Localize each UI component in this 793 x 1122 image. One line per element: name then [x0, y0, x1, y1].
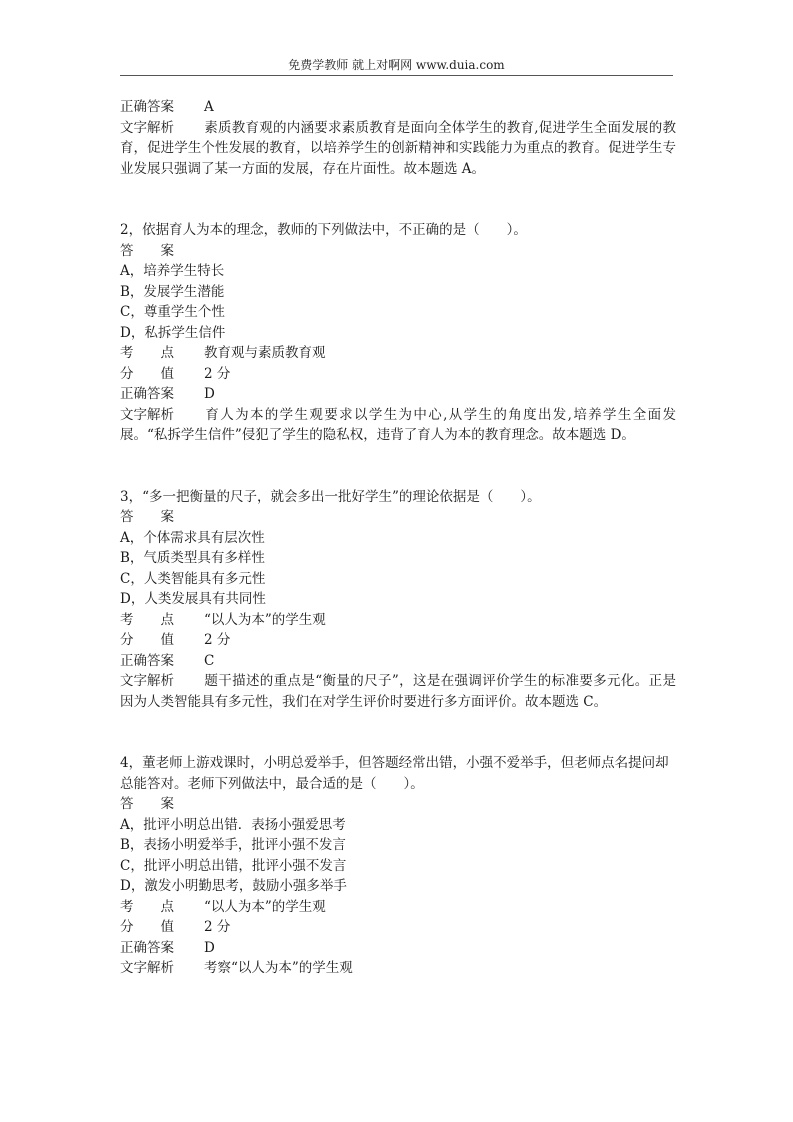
analysis-label: 文字解析: [120, 671, 204, 692]
answer-label: 答 案: [120, 794, 676, 815]
option-b: B，气质类型具有多样性: [120, 548, 676, 569]
analysis-label: 文字解析: [120, 958, 204, 979]
q1-analysis: 文字解析素质教育观的内涵要求素质教育是面向全体学生的教育,促进学生全面发展的教育…: [120, 118, 676, 180]
question-2: 2，依据育人为本的理念，教师的下列做法中，不正确的是（ ）。 答 案 A，培养学…: [120, 220, 676, 446]
option-c: C，尊重学生个性: [120, 302, 676, 323]
topic-row: 考 点教育观与素质教育观: [120, 343, 676, 364]
option-a: A，批评小明总出错．表扬小强爱思考: [120, 815, 676, 836]
score-row: 分 值2 分: [120, 630, 676, 651]
topic-row: 考 点“以人为本”的学生观: [120, 897, 676, 918]
option-c: C，批评小明总出错，批评小强不发言: [120, 856, 676, 877]
option-c: C，人类智能具有多元性: [120, 569, 676, 590]
analysis-text: 考察“以人为本”的学生观: [204, 960, 353, 976]
option-b: B，表扬小明爱举手，批评小强不发言: [120, 835, 676, 856]
option-d: D，人类发展具有共同性: [120, 589, 676, 610]
spacer: [120, 179, 676, 220]
topic-value: 教育观与素质教育观: [204, 345, 326, 361]
analysis-label: 文字解析: [120, 118, 204, 139]
option-a: A，培养学生特长: [120, 261, 676, 282]
correct-row: 正确答案C: [120, 651, 676, 672]
analysis-row: 文字解析育人为本的学生观要求以学生为中心,从学生的角度出发,培养学生全面发展。“…: [120, 405, 676, 446]
topic-row: 考 点“以人为本”的学生观: [120, 610, 676, 631]
score-row: 分 值2 分: [120, 917, 676, 938]
score-row: 分 值2 分: [120, 364, 676, 385]
option-d: D，私拆学生信件: [120, 323, 676, 344]
topic-label: 考 点: [120, 343, 204, 364]
spacer: [120, 446, 676, 487]
analysis-text: 育人为本的学生观要求以学生为中心,从学生的角度出发,培养学生全面发展。“私拆学生…: [120, 407, 676, 444]
score-label: 分 值: [120, 917, 204, 938]
correct-label: 正确答案: [120, 938, 204, 959]
header-rule: [120, 75, 673, 76]
document-body: 正确答案A 文字解析素质教育观的内涵要求素质教育是面向全体学生的教育,促进学生全…: [120, 97, 676, 979]
option-d: D，激发小明勤思考，鼓励小强多举手: [120, 876, 676, 897]
option-b: B，发展学生潜能: [120, 282, 676, 303]
analysis-label: 文字解析: [120, 405, 204, 426]
correct-row: 正确答案D: [120, 384, 676, 405]
correct-value: D: [204, 940, 215, 956]
analysis-text: 素质教育观的内涵要求素质教育是面向全体学生的教育,促进学生全面发展的教育，促进学…: [120, 120, 676, 177]
spacer: [120, 712, 676, 753]
correct-label: 正确答案: [120, 97, 204, 118]
score-value: 2 分: [204, 632, 230, 648]
analysis-row: 文字解析题干描述的重点是“衡量的尺子”，这是在强调评价学生的标准要多元化。正是因…: [120, 671, 676, 712]
question-3: 3，“多一把衡量的尺子，就会多出一批好学生”的理论依据是（ ）。 答 案 A，个…: [120, 487, 676, 713]
q1-correct-row: 正确答案A: [120, 97, 676, 118]
correct-label: 正确答案: [120, 651, 204, 672]
question-title: 2，依据育人为本的理念，教师的下列做法中，不正确的是（ ）。: [120, 220, 676, 241]
question-title: 4，董老师上游戏课时，小明总爱举手，但答题经常出错，小强不爱举手，但老师点名提问…: [120, 753, 676, 794]
correct-value: D: [204, 386, 215, 402]
correct-value: A: [204, 99, 214, 115]
score-value: 2 分: [204, 366, 230, 382]
topic-label: 考 点: [120, 897, 204, 918]
score-label: 分 值: [120, 364, 204, 385]
score-label: 分 值: [120, 630, 204, 651]
answer-label: 答 案: [120, 241, 676, 262]
page-header: 免费学教师 就上对啊网 www.duia.com: [120, 58, 673, 75]
answer-label: 答 案: [120, 507, 676, 528]
option-a: A，个体需求具有层次性: [120, 528, 676, 549]
analysis-text: 题干描述的重点是“衡量的尺子”，这是在强调评价学生的标准要多元化。正是因为人类智…: [120, 673, 676, 710]
topic-value: “以人为本”的学生观: [204, 899, 326, 915]
question-4: 4，董老师上游戏课时，小明总爱举手，但答题经常出错，小强不爱举手，但老师点名提问…: [120, 753, 676, 979]
correct-row: 正确答案D: [120, 938, 676, 959]
score-value: 2 分: [204, 919, 230, 935]
topic-value: “以人为本”的学生观: [204, 612, 326, 628]
correct-value: C: [204, 653, 214, 669]
question-title: 3，“多一把衡量的尺子，就会多出一批好学生”的理论依据是（ ）。: [120, 487, 676, 508]
analysis-row: 文字解析考察“以人为本”的学生观: [120, 958, 676, 979]
topic-label: 考 点: [120, 610, 204, 631]
correct-label: 正确答案: [120, 384, 204, 405]
